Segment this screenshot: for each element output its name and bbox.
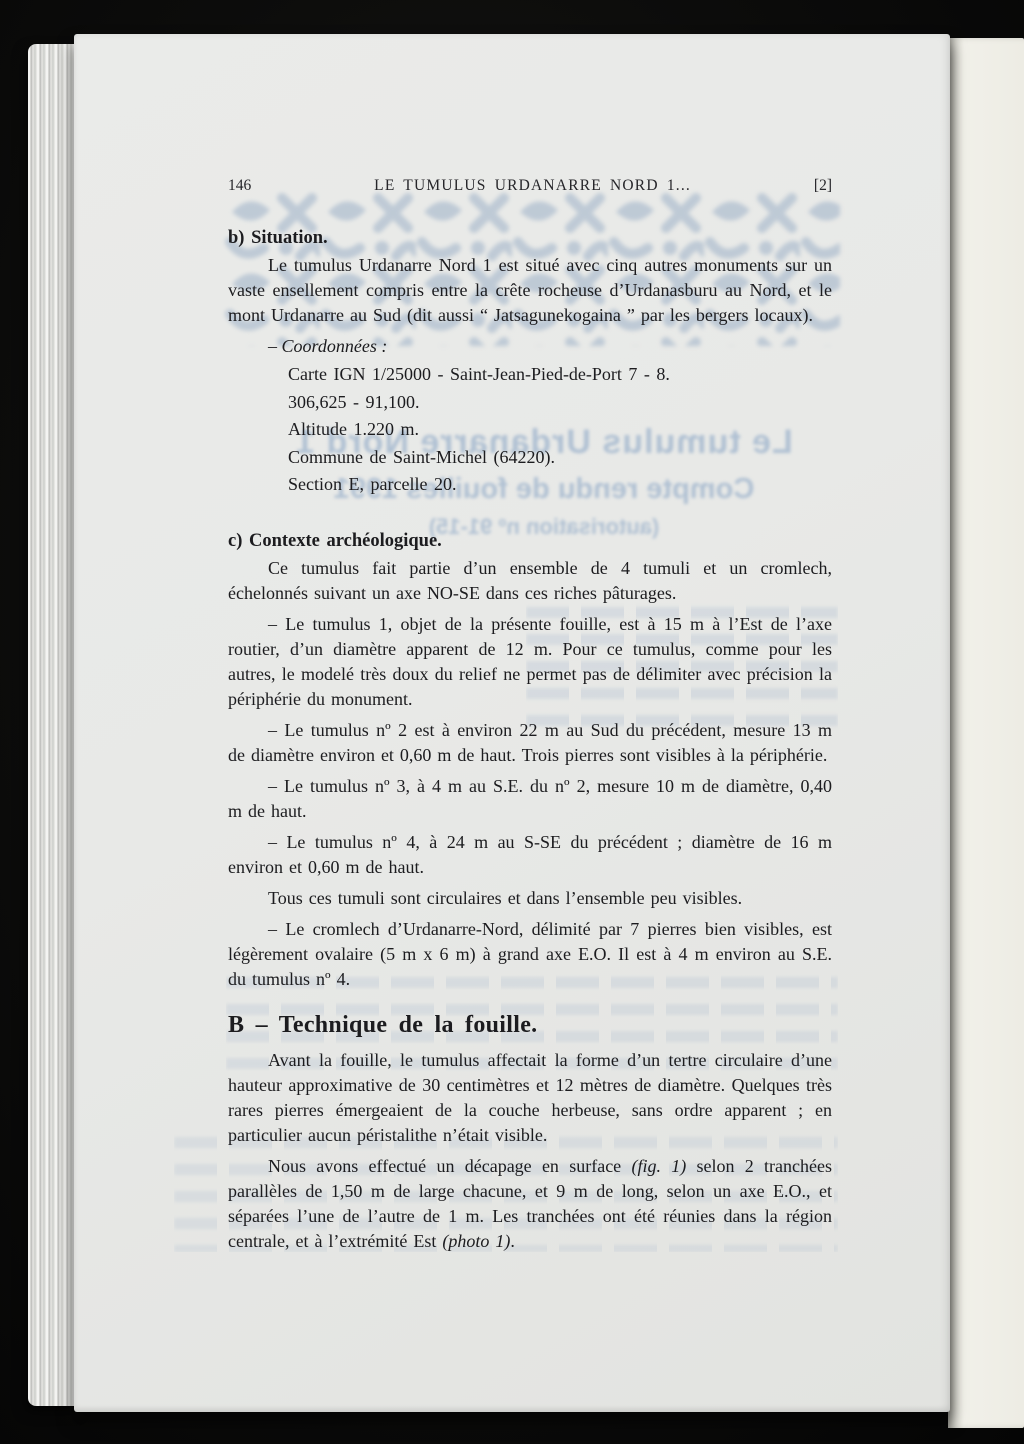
paragraph-tumulus-4: – Le tumulus nº 4, à 24 m au S-SE du pré… [228, 830, 832, 880]
page-ref: [2] [814, 176, 832, 196]
heading-situation: b) Situation. [228, 226, 832, 251]
coordinates-label: – Coordonnées : [228, 334, 832, 359]
paragraph-contexte: Ce tumulus fait partie d’un ensemble de … [228, 556, 832, 606]
coordinate-line: 306,625 - 91,100. [288, 389, 832, 417]
page-header: 146 LE TUMULUS URDANARRE NORD 1... [2] [228, 176, 832, 196]
paragraph-situation: Le tumulus Urdanarre Nord 1 est situé av… [228, 253, 832, 328]
paragraph-cromlech: – Le cromlech d’Urdanarre-Nord, délimité… [228, 917, 832, 992]
paragraph-technique-2: Nous avons effectué un décapage en surfa… [228, 1154, 832, 1254]
coordinate-line: Section E, parcelle 20. [288, 471, 832, 499]
heading-contexte: c) Contexte archéologique. [228, 529, 832, 554]
page-edge-stack [28, 44, 80, 1406]
paragraph-tumulus-2: – Le tumulus nº 2 est à environ 22 m au … [228, 718, 832, 768]
paragraph-technique-2-text: Nous avons effectué un décapage en surfa… [268, 1156, 631, 1176]
page-number: 146 [228, 176, 251, 196]
scanned-book-photo: Le tumulus Urdanarre Nord 1 Compte rendu… [0, 0, 1024, 1444]
paragraph-tumulus-3: – Le tumulus nº 3, à 4 m au S.E. du nº 2… [228, 774, 832, 824]
underlying-next-page [948, 38, 1024, 1428]
coordinates-list: Carte IGN 1/25000 - Saint-Jean-Pied-de-P… [288, 361, 832, 499]
text-column: 146 LE TUMULUS URDANARRE NORD 1... [2] b… [228, 176, 832, 1254]
paragraph-tumulus-1: – Le tumulus 1, objet de la présente fou… [228, 612, 832, 712]
running-title: LE TUMULUS URDANARRE NORD 1... [374, 176, 691, 196]
paragraph-technique-2-text: . [510, 1231, 515, 1251]
coordinate-line: Altitude 1.220 m. [288, 416, 832, 444]
photo-reference: (photo 1) [442, 1231, 510, 1251]
paragraph-tumuli-resume: Tous ces tumuli sont circulaires et dans… [228, 886, 832, 911]
figure-reference: (fig. 1) [631, 1156, 686, 1176]
heading-technique: B – Technique de la fouille. [228, 1010, 832, 1040]
book-page: Le tumulus Urdanarre Nord 1 Compte rendu… [74, 34, 950, 1412]
coordinate-line: Carte IGN 1/25000 - Saint-Jean-Pied-de-P… [288, 361, 832, 389]
paragraph-technique-1: Avant la fouille, le tumulus affectait l… [228, 1048, 832, 1148]
coordinate-line: Commune de Saint-Michel (64220). [288, 444, 832, 472]
